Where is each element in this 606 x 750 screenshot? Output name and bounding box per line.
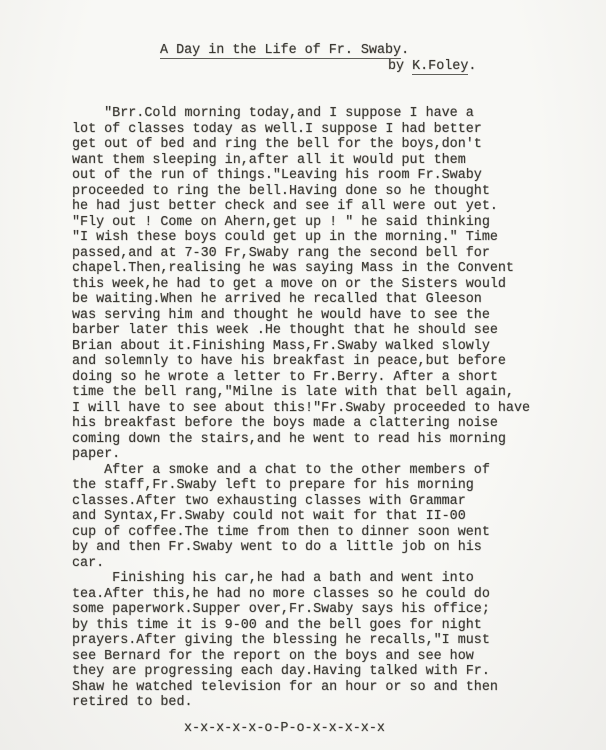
typed-line: Shaw he watched television for an hour o… — [72, 680, 606, 696]
signoff-line: x-x-x-x-x-o-P-o-x-x-x-x-x — [184, 721, 606, 737]
typed-line: I will have to see about this!"Fr.Swaby … — [72, 401, 606, 417]
typed-line: his breakfast before the boys made a cla… — [72, 416, 606, 432]
byline-prefix: by — [388, 59, 412, 74]
typed-line: passed,and at 7-30 Fr,Swaby rang the sec… — [72, 246, 606, 262]
typed-line: lot of classes today as well.I suppose I… — [72, 122, 606, 138]
typed-lines: "Brr.Cold morning today,and I suppose I … — [72, 106, 606, 711]
typed-line: Finishing his car,he had a bath and went… — [72, 571, 606, 587]
typed-line: proceeded to ring the bell.Having done s… — [72, 184, 606, 200]
typed-line: out of the run of things."Leaving his ro… — [72, 168, 606, 184]
typed-line: and solemnly to have his breakfast in pe… — [72, 354, 606, 370]
typed-line: by this time it is 9-00 and the bell goe… — [72, 618, 606, 634]
typed-line: chapel.Then,realising he was saying Mass… — [72, 261, 606, 277]
typed-line: classes.After two exhausting classes wit… — [72, 494, 606, 510]
typed-line: "I wish these boys could get up in the m… — [72, 230, 606, 246]
typed-line: After a smoke and a chat to the other me… — [72, 463, 606, 479]
typed-line: Brian about it.Finishing Mass,Fr.Swaby w… — [72, 339, 606, 355]
typed-line: see Bernard for the report on the boys a… — [72, 649, 606, 665]
typed-line: some paperwork.Supper over,Fr.Swaby says… — [72, 602, 606, 618]
page-title-text: A Day in the Life of Fr. Swaby — [160, 43, 401, 59]
typed-line: barber later this week .He thought that … — [72, 323, 606, 339]
typed-line: time the bell rang,"Milne is late with t… — [72, 385, 606, 401]
byline-period: . — [468, 59, 476, 74]
typewritten-page: A Day in the Life of Fr. Swaby. by K.Fol… — [0, 0, 606, 750]
typed-line: paper. — [72, 447, 606, 463]
byline: by K.Foley. — [388, 59, 606, 75]
typed-line: doing so he wrote a letter to Fr.Berry. … — [72, 370, 606, 386]
page-title-period: . — [401, 43, 409, 58]
typed-line: cup of coffee.The time from then to dinn… — [72, 525, 606, 541]
typed-line: prayers.After giving the blessing he rec… — [72, 633, 606, 649]
typed-line: "Brr.Cold morning today,and I suppose I … — [72, 106, 606, 122]
typed-line: he had just better check and see if all … — [72, 199, 606, 215]
typed-line: this week,he had to get a move on or the… — [72, 277, 606, 293]
typed-line: and Syntax,Fr.Swaby could not wait for t… — [72, 509, 606, 525]
typed-line: car. — [72, 556, 606, 572]
typed-line: get out of bed and ring the bell for the… — [72, 137, 606, 153]
typed-line: retired to bed. — [72, 695, 606, 711]
typed-line: tea.After this,he had no more classes so… — [72, 587, 606, 603]
typed-line: by and then Fr.Swaby went to do a little… — [72, 540, 606, 556]
byline-author: K.Foley — [412, 59, 468, 75]
typed-line: coming down the stairs,and he went to re… — [72, 432, 606, 448]
page-title: A Day in the Life of Fr. Swaby. — [160, 43, 606, 59]
typed-line: "Fly out ! Come on Ahern,get up ! " he s… — [72, 215, 606, 231]
typed-line: want them sleeping in,after all it would… — [72, 153, 606, 169]
typed-line: be waiting.When he arrived he recalled t… — [72, 292, 606, 308]
typed-line: they are progressing each day.Having tal… — [72, 664, 606, 680]
typed-line: the staff,Fr.Swaby left to prepare for h… — [72, 478, 606, 494]
typed-line: was serving him and thought he would hav… — [72, 308, 606, 324]
